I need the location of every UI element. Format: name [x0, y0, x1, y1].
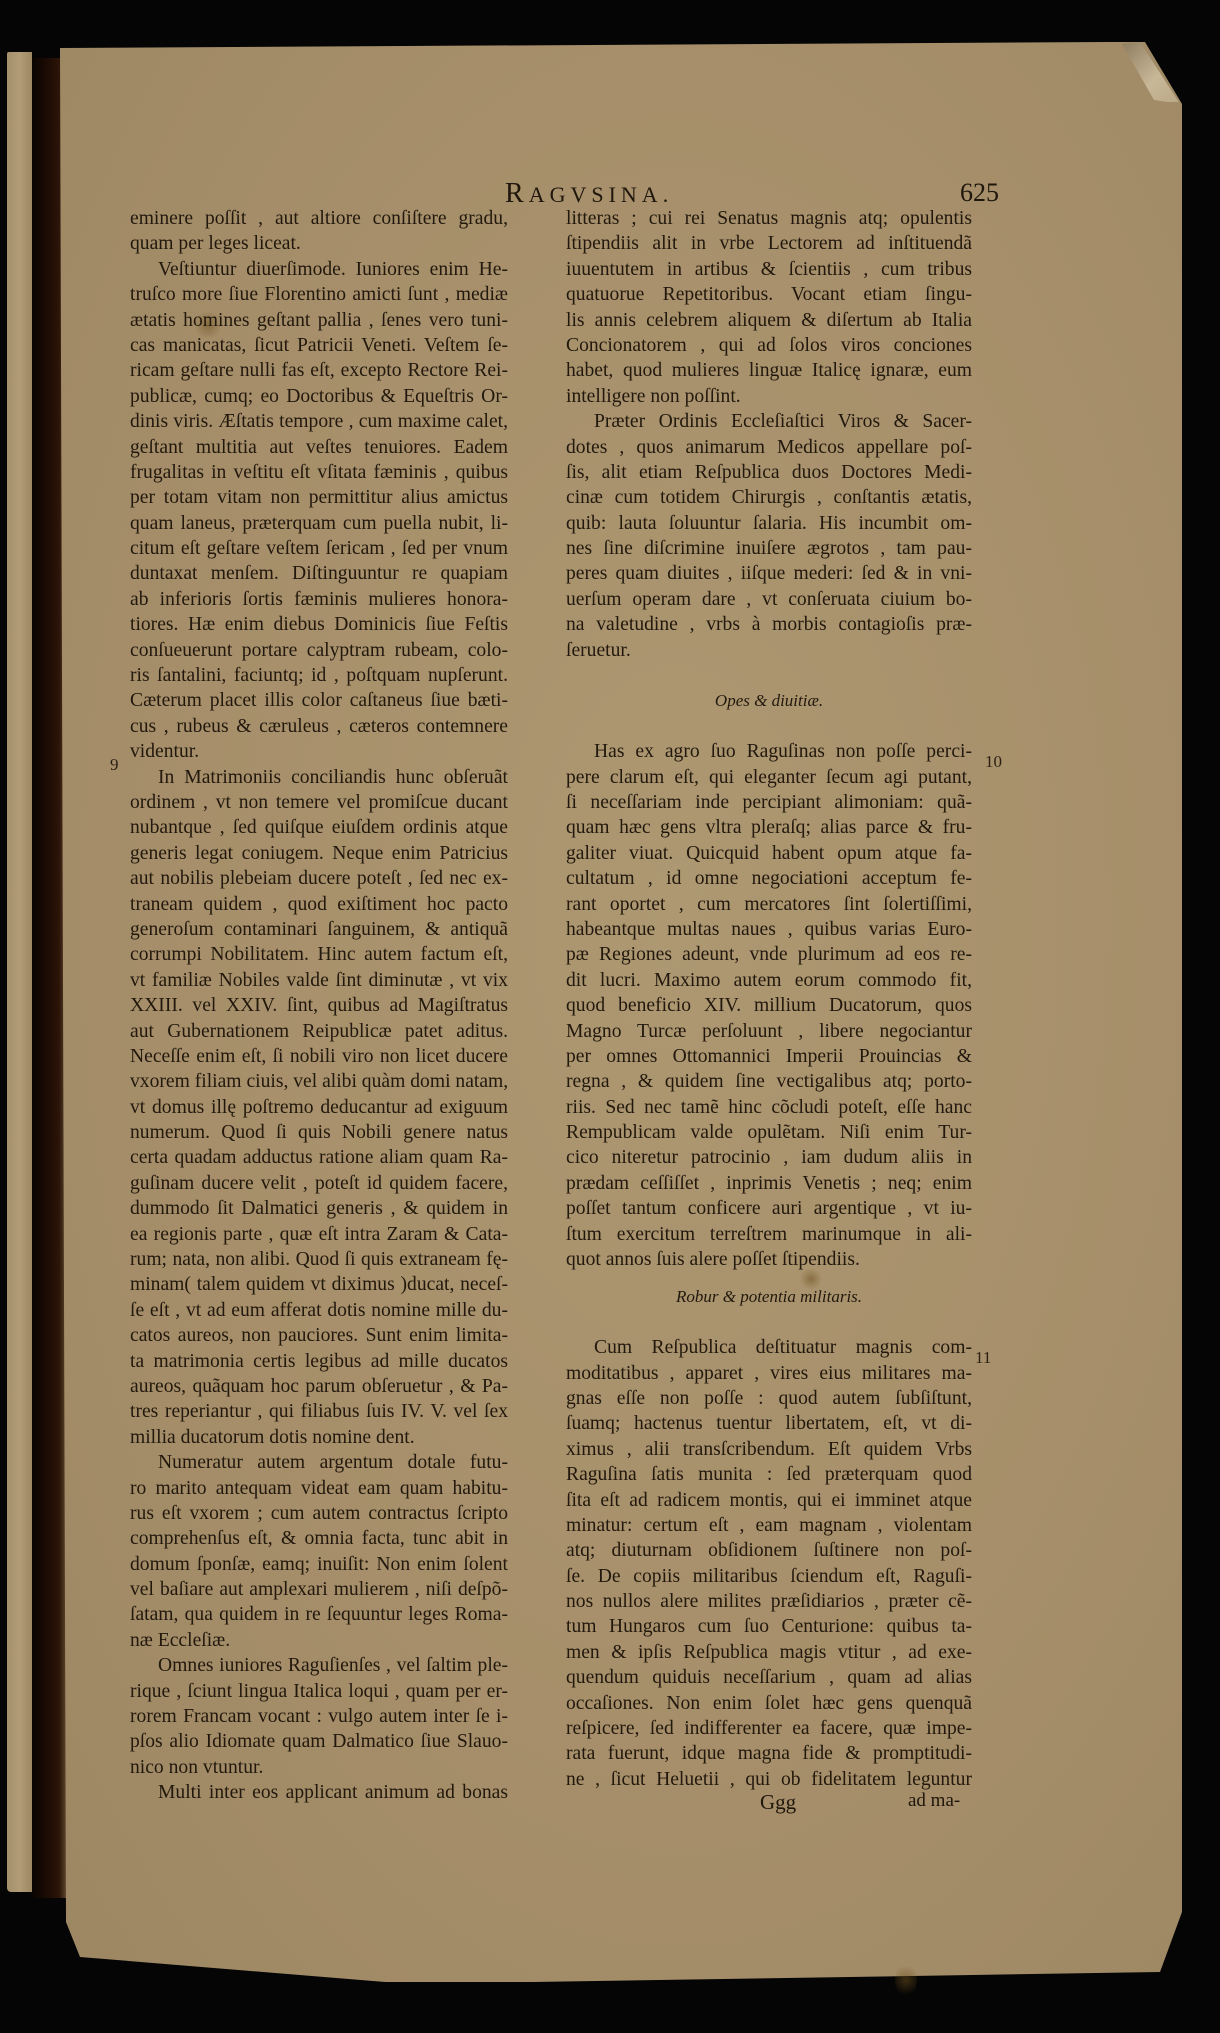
text-line: regna , & quidem ſine vectigalibus atq; … — [566, 1069, 972, 1094]
spacer — [566, 663, 972, 688]
text-line: generoſum contaminari ſanguinem, & antiq… — [130, 917, 508, 942]
text-line: cus , rubeus & cæruleus , cæteros contem… — [130, 714, 508, 739]
text-line: ſe eſt , vt ad eum afferat dotis nomine … — [130, 1298, 508, 1323]
text-line: galiter viuat. Quicquid habent opum atqu… — [566, 841, 972, 866]
text-line: publicæ, cumq; eo Doctoribus & Equeſtris… — [130, 384, 508, 409]
text-line: eminere poſſit , aut altiore conſiſtere … — [130, 206, 508, 231]
text-line: rorem Francam vocant : vulgo autem inter… — [130, 1704, 508, 1729]
text-line: Cæterum placet illis color caſtaneus ſiu… — [130, 688, 508, 713]
text-line: Veſtiuntur diuerſimode. Iuniores enim He… — [130, 257, 508, 282]
text-line: ſita eſt ad radicem montis, qui ei immin… — [566, 1488, 972, 1513]
text-line: ta matrimonia certis legibus ad mille du… — [130, 1349, 508, 1374]
text-line: tiores. Hæ enim diebus Dominicis ſiue Fe… — [130, 612, 508, 637]
spacer — [566, 1272, 972, 1284]
text-line: atq; diuturnam obſidionem ſuſtinere non … — [566, 1538, 972, 1563]
text-line: Numeratur autem argentum dotale futu- — [130, 1450, 508, 1475]
text-line: XXIII. vel XXIV. ſint, quibus ad Magiſtr… — [130, 993, 508, 1018]
text-line: ſtum exercitum terreſtrem marinumque in … — [566, 1222, 972, 1247]
text-line: traneam quidem , quod exiſtiment hoc pac… — [130, 892, 508, 917]
text-line: occaſiones. Non enim ſolet hæc gens quen… — [566, 1691, 972, 1716]
text-line: quam laneus, præterquam cum puella nubit… — [130, 511, 508, 536]
text-line: quod beneficio XIV. millium Ducatorum, q… — [566, 993, 972, 1018]
text-line: vt familiæ Nobiles valde ſint diminutæ ,… — [130, 968, 508, 993]
text-line: minatur: certum eſt , eam magnam , viole… — [566, 1513, 972, 1538]
text-line: corrumpi Nobilitatem. Hinc autem factum … — [130, 942, 508, 967]
page-number: 625 — [960, 178, 999, 208]
text-line: cas manicatas, ſicut Patricii Veneti. Ve… — [130, 333, 508, 358]
text-line: domum ſponſæ, eamq; inuiſit: Non enim ſo… — [130, 1552, 508, 1577]
text-line: comprehenſus eſt, & omnia facta, tunc ab… — [130, 1526, 508, 1551]
text-line: dinis viris. Æſtatis tempore , cum maxim… — [130, 409, 508, 434]
text-line: certa quadam adductus ratione aliam quam… — [130, 1145, 508, 1170]
text-line: Omnes iuniores Raguſienſes , vel ſaltim … — [130, 1653, 508, 1678]
text-line: reſpicere, ſed indifferenter ea facere, … — [566, 1716, 972, 1741]
text-line: cultatum , id omne negociationi acceptum… — [566, 866, 972, 891]
text-line: poſſet tantum conficere auri argentique … — [566, 1196, 972, 1221]
text-line: quam per leges liceat. — [130, 231, 508, 256]
text-line: cinæ cum totidem Chirurgis , conſtantis … — [566, 485, 972, 510]
text-line: dit lucri. Maximo autem eorum commodo fi… — [566, 968, 972, 993]
text-line: numerum. Quod ſi quis Nobili genere natu… — [130, 1120, 508, 1145]
text-line: aureos, quãquam hoc parum obſeruetur , &… — [130, 1374, 508, 1399]
text-line: iuuentutem in artibus & ſcientiis , cum … — [566, 257, 972, 282]
section-heading-robur: Robur & potentia militaris. — [566, 1284, 972, 1309]
text-line: pſos alio Idiomate quam Dalmatico ſiue S… — [130, 1729, 508, 1754]
text-line: rant oportet , cum mercatores ſint ſoler… — [566, 892, 972, 917]
text-line: duntaxat menſem. Diſtinguuntur re quapia… — [130, 561, 508, 586]
text-line: per totam vitam non permittitur alius am… — [130, 485, 508, 510]
text-line: Magno Turcæ perſoluunt , libere negocian… — [566, 1019, 972, 1044]
text-line: ſtipendiis alit in vrbe Lectorem ad inſt… — [566, 231, 972, 256]
text-line: nos nullos alere milites præſidiarios , … — [566, 1589, 972, 1614]
text-line: men & ipſis Reſpublica magis vtitur , ad… — [566, 1640, 972, 1665]
text-line: pere clarum eſt, qui eleganter ſecum agi… — [566, 765, 972, 790]
text-line: truſco more ſiue Florentino amicti ſunt … — [130, 282, 508, 307]
text-line: Neceſſe enim eſt, ſi nobili viro non lic… — [130, 1044, 508, 1069]
text-line: minam( talem quidem vt diximus )ducat, n… — [130, 1272, 508, 1297]
text-line: moditatibus , apparet , vires eius milit… — [566, 1361, 972, 1386]
text-line: peres quam diuites , iiſque mederi: ſed … — [566, 561, 972, 586]
text-line: prædam ceſſiſſet , inprimis Venetis ; ne… — [566, 1171, 972, 1196]
text-line: rus eſt vxorem ; cum autem contractus ſc… — [130, 1501, 508, 1526]
text-line: ætatis homines geſtant pallia , ſenes ve… — [130, 308, 508, 333]
text-line: Has ex agro ſuo Raguſinas non poſſe perc… — [566, 739, 972, 764]
text-line: citum eſt geſtare veſtem ſericam , ſed p… — [130, 536, 508, 561]
binding-gutter — [32, 58, 66, 1898]
text-line: Præter Ordinis Eccleſiaſtici Viros & Sac… — [566, 409, 972, 434]
text-line: In Matrimoniis conciliandis hunc obſeruã… — [130, 765, 508, 790]
text-line: tres reperiantur , qui filiabus ſuis IV.… — [130, 1399, 508, 1424]
text-line: riis. Sed nec tamẽ hinc cõcludi poteſt, … — [566, 1095, 972, 1120]
text-line: generis legat coniugem. Neque enim Patri… — [130, 841, 508, 866]
margin-section-number: 9 — [110, 755, 119, 775]
text-line: ris ſantalini, faciuntq; id , poſtquam n… — [130, 663, 508, 688]
text-line: quib: lauta ſoluuntur ſalaria. His incum… — [566, 511, 972, 536]
text-line: Multi inter eos applicant animum ad bona… — [130, 1780, 508, 1805]
paper-stain — [895, 1962, 917, 1998]
text-line: cico niteretur patrocinio , iam dudum al… — [566, 1145, 972, 1170]
text-line: ſuamq; hactenus tuentur libertatem, eſt,… — [566, 1411, 972, 1436]
text-line: ſe. De copiis militaribus ſciendum eſt, … — [566, 1564, 972, 1589]
right-column: litteras ; cui rei Senatus magnis atq; o… — [566, 206, 972, 1792]
adjacent-page-edge — [7, 52, 32, 1892]
text-line: ſi neceſſariam inde percipiant alimoniam… — [566, 790, 972, 815]
text-line: dotes , quos animarum Medicos appellare … — [566, 435, 972, 460]
text-line: vt domus illę poſtremo deducantur ad exi… — [130, 1095, 508, 1120]
text-line: ſatam, qua quidem in re ſequuntur leges … — [130, 1602, 508, 1627]
text-line: habeantque multas naues , quibus varias … — [566, 917, 972, 942]
text-line: conſueuerunt portare calyptram rubeam, c… — [130, 638, 508, 663]
text-line: lis annis celebrem aliquem & diſertum ab… — [566, 308, 972, 333]
text-line: quendum quiduis neceſſarium , quam ad al… — [566, 1665, 972, 1690]
text-line: quatuorue Repetitoribus. Vocant etiam ſi… — [566, 282, 972, 307]
text-line: quot annos ſuis alere poſſet ſtipendiis. — [566, 1247, 972, 1272]
text-line: geſtant multitia aut veſtes tenuiores. E… — [130, 435, 508, 460]
text-line: ne , ſicut Heluetii , qui ob fidelitatem… — [566, 1767, 972, 1792]
text-line: nubantque , ſed quiſque eiuſdem ordinis … — [130, 815, 508, 840]
text-line: vel baſiare aut amplexari mulierem , niſ… — [130, 1577, 508, 1602]
section-heading-opes: Opes & diuitiæ. — [566, 688, 972, 713]
spacer — [566, 1310, 972, 1335]
text-line: frugalitas in veſtitu eſt vſitata fæmini… — [130, 460, 508, 485]
text-line: ricam geſtare nulli fas eſt, excepto Rec… — [130, 358, 508, 383]
text-line: nico non vtuntur. — [130, 1755, 508, 1780]
text-line: dummodo ſit Dalmatici generis , & quidem… — [130, 1196, 508, 1221]
text-line: ea regionis parte , quæ eſt intra Zaram … — [130, 1222, 508, 1247]
text-line: litteras ; cui rei Senatus magnis atq; o… — [566, 206, 972, 231]
text-line: ſis, alit etiam Reſpublica duos Doctores… — [566, 460, 972, 485]
catchword: ad ma- — [908, 1790, 960, 1812]
text-line: vxorem filiam ciuis, vel alibi quàm domi… — [130, 1069, 508, 1094]
text-line: nes ſine diſcrimine inuiſere ægrotos , t… — [566, 536, 972, 561]
text-line: ordinem , vt non temere vel promiſcue du… — [130, 790, 508, 815]
text-line: rum; nata, non alibi. Quod ſi quis extra… — [130, 1247, 508, 1272]
text-line: ximus , alii transſcribendum. Eſt quidem… — [566, 1437, 972, 1462]
text-line: guſinam ducere velit , poteſt id quidem … — [130, 1171, 508, 1196]
text-line: tum Hungaros cum ſuo Centurione: quibus … — [566, 1614, 972, 1639]
text-line: ſeruetur. — [566, 638, 972, 663]
text-line: næ Eccleſiæ. — [130, 1628, 508, 1653]
text-line: per omnes Ottomannici Imperii Prouincias… — [566, 1044, 972, 1069]
text-line: intelligere non poſſint. — [566, 384, 972, 409]
text-line: catos aureos, non pauciores. Sunt enim l… — [130, 1323, 508, 1348]
text-line: Concionatorem , qui ad ſolos viros conci… — [566, 333, 972, 358]
margin-section-number: 10 — [985, 752, 1002, 772]
text-line: aut Gubernationem Reipublicæ patet aditu… — [130, 1019, 508, 1044]
margin-section-number: 11 — [975, 1348, 991, 1368]
text-line: millia ducatorum dotis nomine dent. — [130, 1425, 508, 1450]
text-line: aut nobilis plebeiam ducere poteſt , ſed… — [130, 866, 508, 891]
signature-mark: Ggg — [760, 1790, 796, 1815]
text-line: Rempublicam valde opulẽtam. Niſi enim Tu… — [566, 1120, 972, 1145]
text-line: pæ Regiones adeunt, vnde plurimum ad eos… — [566, 942, 972, 967]
text-line: Cum Reſpublica deſtituatur magnis com- — [566, 1335, 972, 1360]
text-line: quam hæc gens vltra pleraſq; alias parce… — [566, 815, 972, 840]
text-line: uerſum operam dare , vt conſeruata ciuiu… — [566, 587, 972, 612]
text-line: habet, quod mulieres linguæ Italicę igna… — [566, 358, 972, 383]
spacer — [566, 714, 972, 739]
text-line: videntur. — [130, 739, 508, 764]
text-line: ab inferioris ſortis fæminis mulieres ho… — [130, 587, 508, 612]
text-line: Raguſina ſatis munita : ſed præterquam q… — [566, 1462, 972, 1487]
left-column: eminere poſſit , aut altiore conſiſtere … — [130, 206, 508, 1806]
text-line: rata fuerunt, idque magna fide & prompti… — [566, 1741, 972, 1766]
text-line: gnas eſſe non poſſe : quod autem ſubſiſt… — [566, 1386, 972, 1411]
text-line: ro marito antequam videat eam quam habit… — [130, 1476, 508, 1501]
text-line: rique , ſciunt lingua Italica loqui , qu… — [130, 1679, 508, 1704]
text-line: na valetudine , vrbs à morbis contagioſi… — [566, 612, 972, 637]
